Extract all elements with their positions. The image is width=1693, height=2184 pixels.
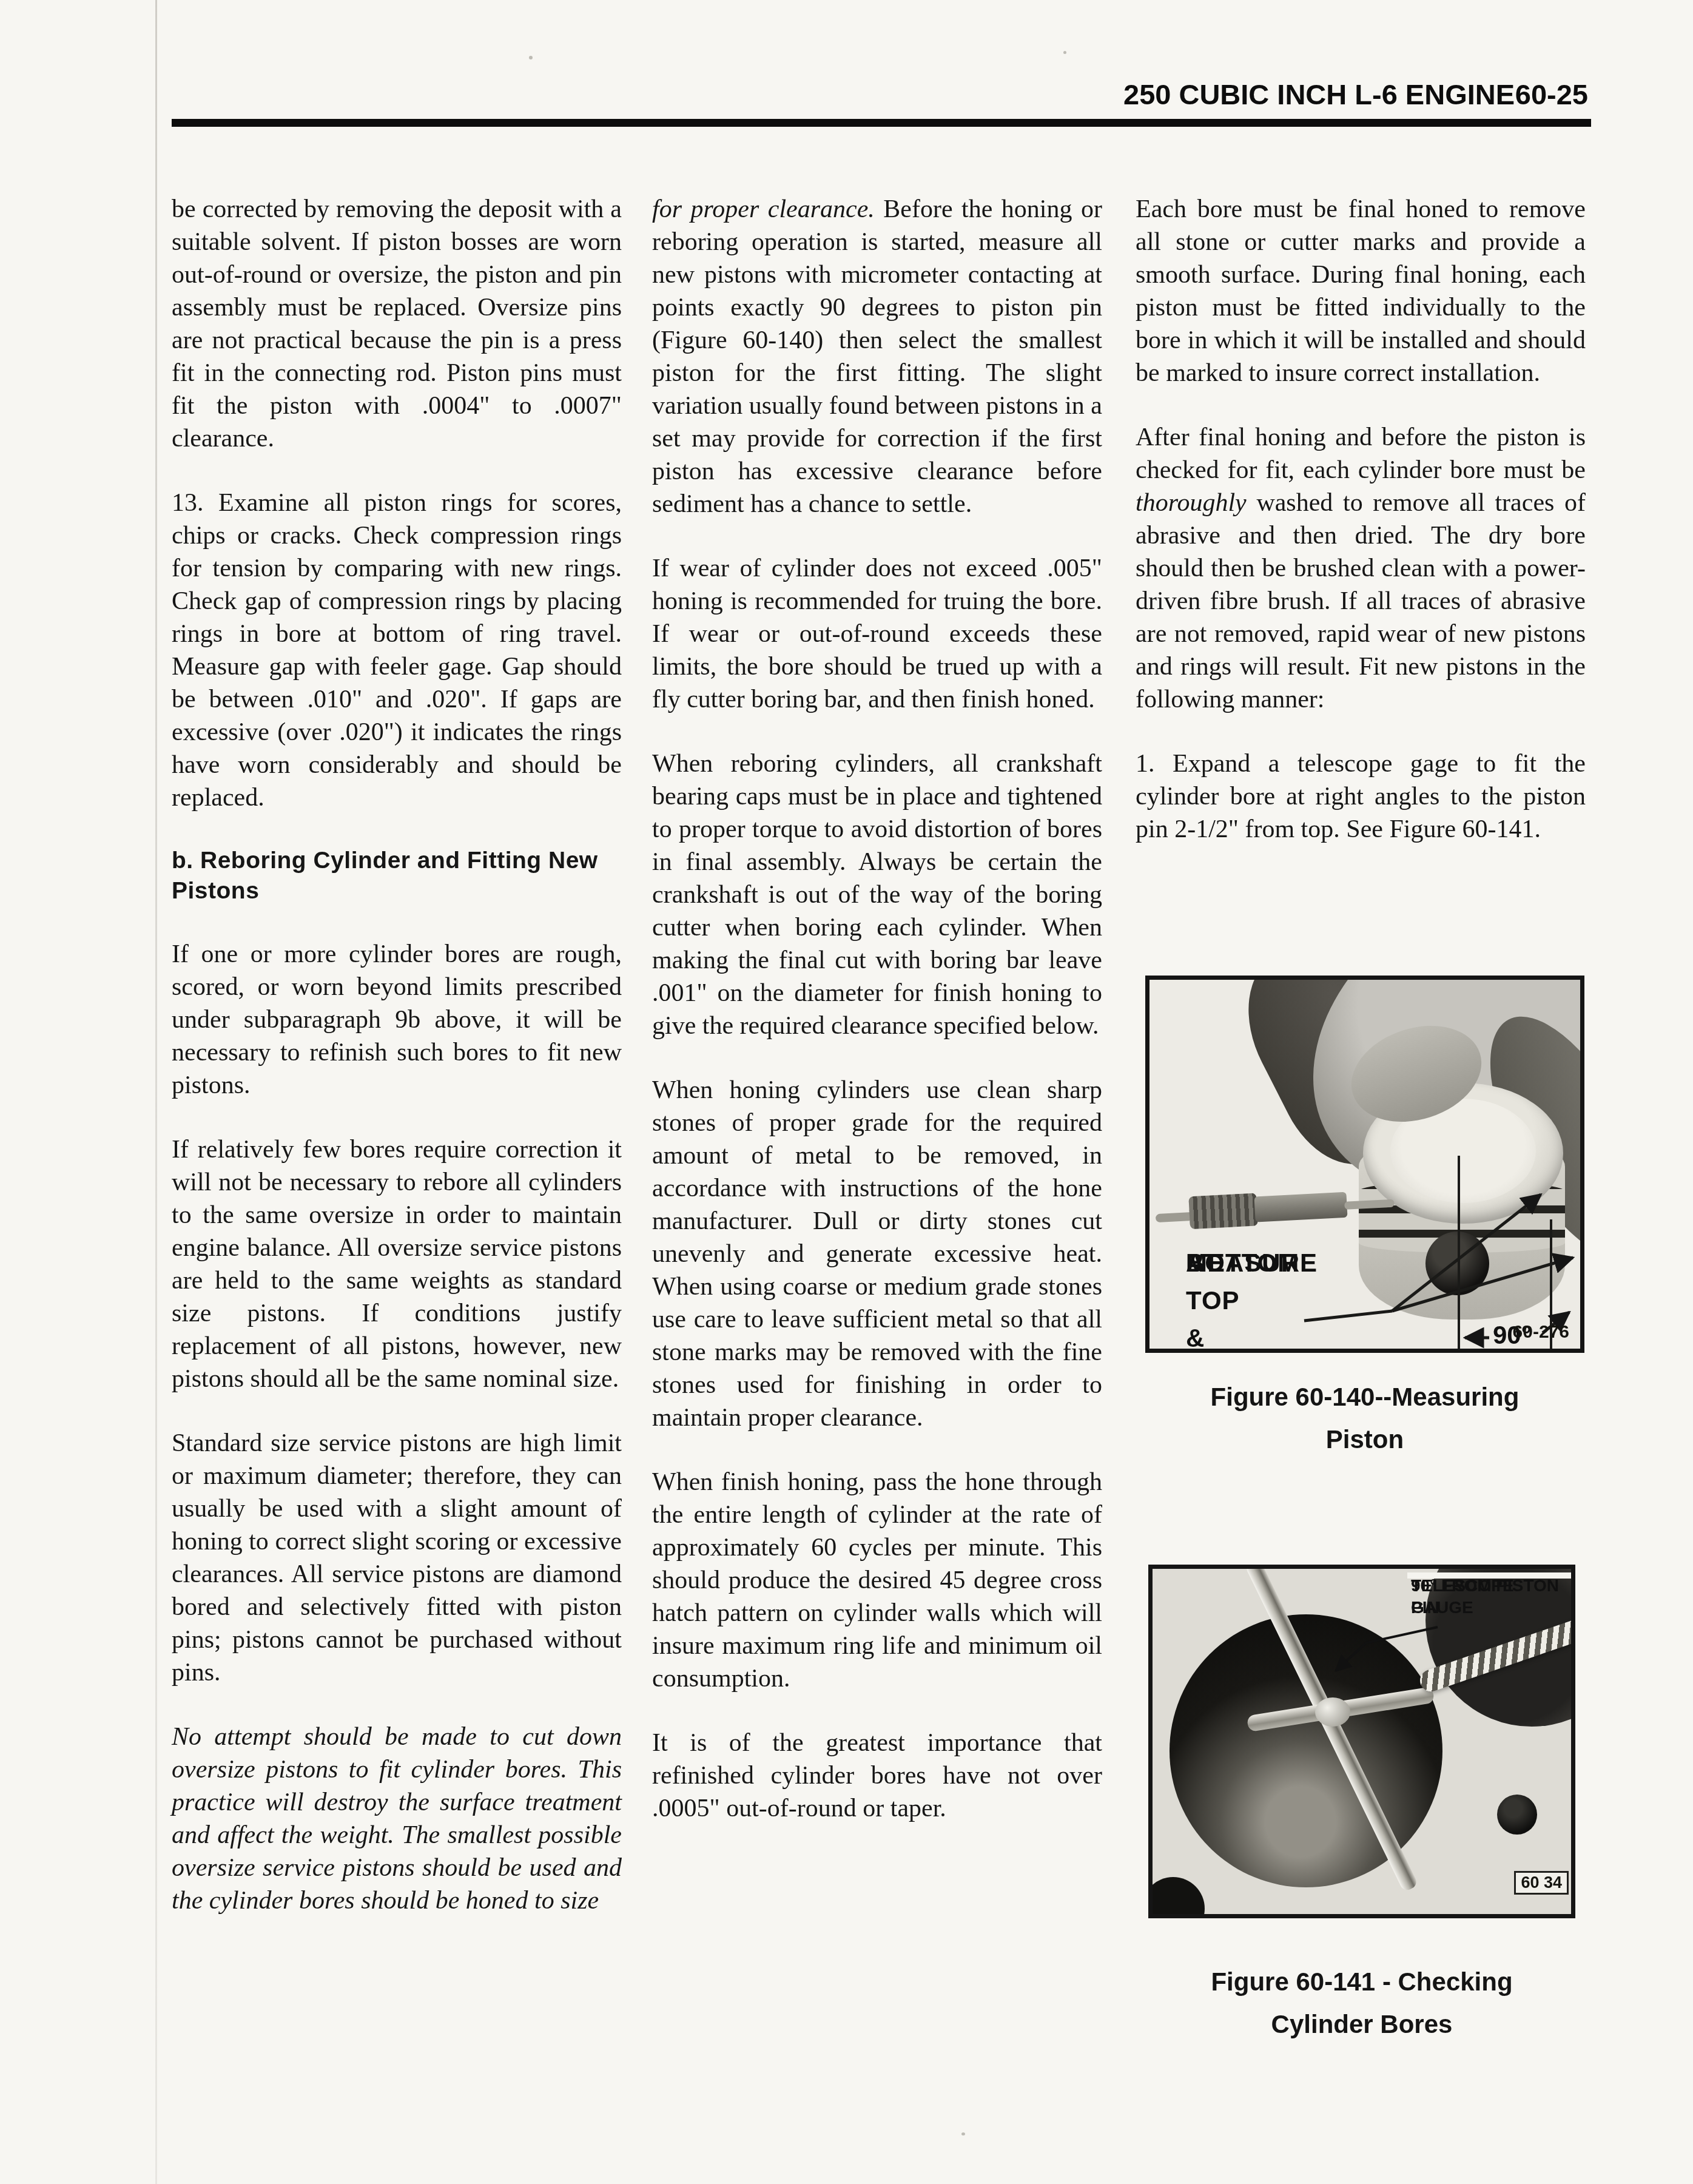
paragraph-col3-3: 1. Expand a telescope gage to fit the cy… — [1136, 747, 1586, 846]
text-column-2: for proper clearance. Before the honing … — [652, 193, 1102, 1856]
measure-label-line3: BOTTOM — [1186, 1244, 1299, 1282]
paragraph-col2-2: If wear of cylinder does not exceed .005… — [652, 552, 1102, 716]
dust-speck — [1063, 51, 1066, 54]
caption1-line2: Piston — [1145, 1418, 1584, 1461]
paragraph-col1-4: If relatively few bores require correcti… — [172, 1133, 622, 1395]
figure2-annotation-lines — [1153, 1569, 1571, 1914]
paragraph-col1-6: No attempt should be made to cut down ov… — [172, 1721, 622, 1917]
page-header: 250 CUBIC INCH L-6 ENGINE 60-25 — [1123, 78, 1588, 111]
caption2-line1: Figure 60-141 - Checking — [1148, 1961, 1575, 2003]
paragraph-col2-4: When honing cylinders use clean sharp st… — [652, 1074, 1102, 1434]
page-number: 60-25 — [1515, 78, 1588, 111]
photo-code-60-276: 60-276 — [1513, 1322, 1569, 1343]
paragraph-col1-1: be corrected by removing the deposit wit… — [172, 193, 622, 455]
caption1-line1: Figure 60-140--Measuring — [1145, 1376, 1584, 1418]
manual-page: 250 CUBIC INCH L-6 ENGINE 60-25 be corre… — [0, 0, 1693, 2184]
figure-60-140: MEASURE AT TOP & BOTTOM 90° 60-276 — [1145, 976, 1584, 1353]
callout-line2: 90° FROM PISTON PIN — [1411, 1575, 1574, 1619]
paragraph-col3-2: After final honing and before the piston… — [1136, 421, 1586, 716]
paragraph-col1-3: If one or more cylinder bores are rough,… — [172, 938, 622, 1102]
paragraph-col3-2c: washed to remove all traces of abrasive … — [1136, 489, 1586, 713]
paragraph-col2-6: It is of the greatest importance that re… — [652, 1727, 1102, 1825]
paragraph-col2-3: When reboring cylinders, all crankshaft … — [652, 747, 1102, 1042]
paragraph-col1-2: 13. Examine all piston rings for scores,… — [172, 487, 622, 814]
photo-code-60-34: 60 34 — [1514, 1871, 1569, 1895]
figure-60-140-caption: Figure 60-140--Measuring Piston — [1145, 1376, 1584, 1461]
italic-lead: for proper clearance. — [652, 195, 875, 223]
caption2-line2: Cylinder Bores — [1148, 2003, 1575, 2046]
page-fold-line — [155, 0, 157, 2184]
dust-speck — [529, 56, 533, 59]
italic-word-thoroughly: thoroughly — [1136, 489, 1247, 517]
page-title: 250 CUBIC INCH L-6 ENGINE — [1123, 78, 1515, 111]
paragraph-col2-1: for proper clearance. Before the honing … — [652, 193, 1102, 521]
paragraph-col3-2a: After final honing and before the piston… — [1136, 423, 1586, 484]
telescope-gauge-callout: TELESCOPE GAUGE 90° FROM PISTON PIN — [1407, 1572, 1574, 1579]
text-column-1: be corrected by removing the deposit wit… — [172, 193, 622, 1949]
figure-60-141-caption: Figure 60-141 - Checking Cylinder Bores — [1148, 1961, 1575, 2046]
text-column-3: Each bore must be final honed to remove … — [1136, 193, 1586, 877]
section-heading-reboring: b. Reboring Cylinder and Fitting New Pis… — [172, 846, 622, 906]
figure-60-141: TELESCOPE GAUGE 90° FROM PISTON PIN 60 3… — [1148, 1565, 1575, 1918]
paragraph-col1-5: Standard size service pistons are high l… — [172, 1427, 622, 1689]
dust-speck — [961, 2132, 965, 2135]
paragraph-col2-1-rest: Before the honing or reboring operation … — [652, 195, 1102, 518]
header-rule — [172, 119, 1591, 127]
paragraph-col2-5: When finish honing, pass the hone throug… — [652, 1466, 1102, 1695]
paragraph-col3-1: Each bore must be final honed to remove … — [1136, 193, 1586, 389]
